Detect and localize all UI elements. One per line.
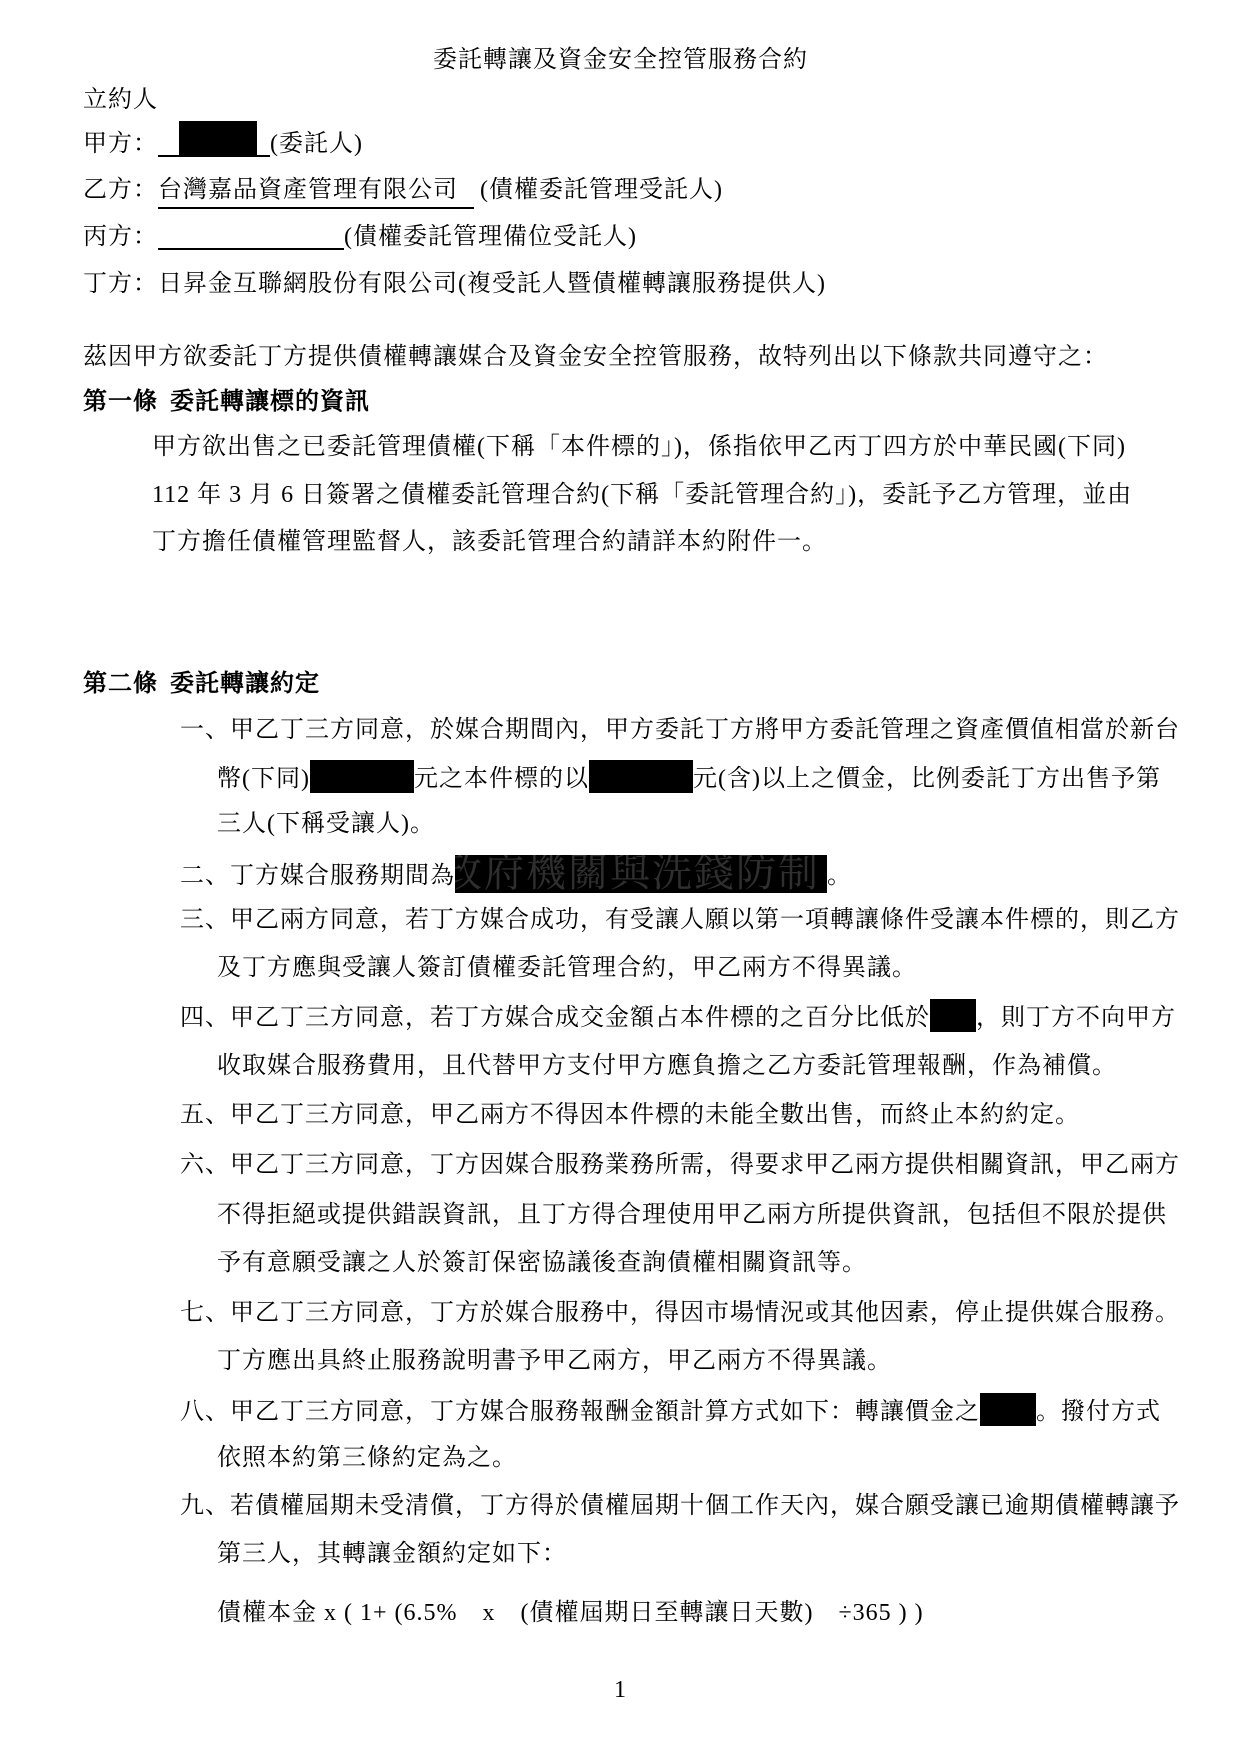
party-a-label: 甲方： [83, 131, 158, 157]
clause8-marker: 八、 [180, 1399, 230, 1425]
clause8-text1a: 甲乙丁三方同意，丁方媒合服務報酬金額計算方式如下：轉讓價金之 [230, 1399, 980, 1425]
clause9-line2: 第三人，其轉讓金額約定如下： [217, 1537, 567, 1571]
redaction-box [589, 760, 693, 793]
clause6-marker: 六、 [180, 1152, 230, 1178]
clause2-text-a: 丁方媒合服務期間為 [230, 863, 455, 889]
party-c-label: 丙方： [83, 224, 158, 250]
clause1-line3: 三人(下稱受讓人)。 [217, 807, 435, 841]
party-c-line: 丙方：(債權委託管理備位受託人) [83, 220, 637, 254]
clause7-marker: 七、 [180, 1300, 230, 1326]
clause3-line1: 三、甲乙兩方同意，若丁方媒合成功，有受讓人願以第一項轉讓條件受讓本件標的，則乙方 [180, 903, 1180, 937]
watermark-redaction-box: 政府機關與洗錢防制 [455, 855, 827, 893]
clause9-formula: 債權本金 x ( 1+ (6.5% x (債權屆期日至轉讓日天數) ÷365 )… [217, 1596, 924, 1630]
clause1-text2c: 元(含)以上之價金，比例委託丁方出售予第 [693, 766, 1161, 792]
clause5-line1: 五、甲乙丁三方同意，甲乙兩方不得因本件標的未能全數出售，而終止本約約定。 [180, 1098, 1080, 1132]
clause5-marker: 五、 [180, 1102, 230, 1128]
party-a-role: (委託人) [270, 131, 363, 157]
clause6-line2: 不得拒絕或提供錯誤資訊，且丁方得合理使用甲乙兩方所提供資訊，包括但不限於提供 [217, 1198, 1167, 1232]
clause4-marker: 四、 [180, 1005, 230, 1031]
clause6-text1: 甲乙丁三方同意，丁方因媒合服務業務所需，得要求甲乙兩方提供相關資訊，甲乙兩方 [230, 1152, 1180, 1178]
page-title: 委託轉讓及資金安全控管服務合約 [0, 43, 1241, 77]
article1-heading: 第一條委託轉讓標的資訊 [83, 385, 370, 419]
clause4-line2: 收取媒合服務費用，且代替甲方支付甲方應負擔之乙方委託管理報酬，作為補償。 [217, 1049, 1117, 1083]
clause9-text1: 若債權屆期未受清償，丁方得於債權屆期十個工作天內，媒合願受讓已逾期債權轉讓予 [230, 1493, 1180, 1519]
clause1-line2: 幣(下同)元之本件標的以元(含)以上之價金，比例委託丁方出售予第 [217, 760, 1161, 796]
clause9-line1: 九、若債權屆期未受清償，丁方得於債權屆期十個工作天內，媒合願受讓已逾期債權轉讓予 [180, 1489, 1180, 1523]
clause1-line1: 一、甲乙丁三方同意，於媒合期間內，甲方委託丁方將甲方委託管理之資產價值相當於新台 [180, 713, 1180, 747]
party-a-line: 甲方：(委託人) [83, 125, 363, 161]
clause3-line2: 及丁方應與受讓人簽訂債權委託管理合約，甲乙兩方不得異議。 [217, 951, 917, 985]
party-b-line: 乙方：台灣嘉品資產管理有限公司(債權委託管理受託人) [83, 173, 723, 209]
article2-heading: 第二條委託轉讓約定 [83, 667, 320, 701]
clause8-line1: 八、甲乙丁三方同意，丁方媒合服務報酬金額計算方式如下：轉讓價金之。撥付方式 [180, 1393, 1161, 1429]
clause2-line1: 二、丁方媒合服務期間為政府機關與洗錢防制。 [180, 855, 852, 893]
clause6-line3: 予有意願受讓之人於簽訂保密協議後查詢債權相關資訊等。 [217, 1246, 867, 1280]
party-d-text: 日昇金互聯網股份有限公司(複受託人暨債權轉讓服務提供人) [158, 271, 826, 297]
clause7-line2: 丁方應出具終止服務說明書予甲乙兩方，甲乙兩方不得異議。 [217, 1344, 892, 1378]
clause8-text1b: 。撥付方式 [1036, 1399, 1161, 1425]
parties-label: 立約人 [83, 83, 158, 117]
party-d-line: 丁方：日昇金互聯網股份有限公司(複受託人暨債權轉讓服務提供人) [83, 267, 826, 301]
clause9-marker: 九、 [180, 1493, 230, 1519]
clause3-text1: 甲乙兩方同意，若丁方媒合成功，有受讓人願以第一項轉讓條件受讓本件標的，則乙方 [230, 907, 1180, 933]
clause7-line1: 七、甲乙丁三方同意，丁方於媒合服務中，得因市場情況或其他因素，停止提供媒合服務。 [180, 1296, 1180, 1330]
clause2-text-b: 。 [827, 863, 852, 889]
clause5-text1: 甲乙丁三方同意，甲乙兩方不得因本件標的未能全數出售，而終止本約約定。 [230, 1102, 1080, 1128]
party-b-role: (債權委託管理受託人) [480, 177, 723, 203]
clause4-text1b: ，則丁方不向甲方 [976, 1005, 1176, 1031]
clause7-text1: 甲乙丁三方同意，丁方於媒合服務中，得因市場情況或其他因素，停止提供媒合服務。 [230, 1300, 1180, 1326]
redaction-box [980, 1393, 1036, 1426]
article2-title: 委託轉讓約定 [170, 671, 320, 697]
clause1-text2a: 幣(下同) [217, 766, 310, 792]
party-b-label: 乙方： [83, 177, 158, 203]
clause6-line1: 六、甲乙丁三方同意，丁方因媒合服務業務所需，得要求甲乙兩方提供相關資訊，甲乙兩方 [180, 1148, 1180, 1182]
party-c-role: (債權委託管理備位受託人) [344, 224, 637, 250]
clause1-text1: 甲乙丁三方同意，於媒合期間內，甲方委託丁方將甲方委託管理之資產價值相當於新台 [230, 717, 1180, 743]
party-a-signature-blank [158, 125, 270, 157]
article1-line3: 丁方擔任債權管理監督人，該委託管理合約請詳本約附件一。 [152, 525, 827, 559]
party-c-signature-blank [158, 220, 344, 250]
redaction-box [179, 121, 257, 155]
article1-line2: 112 年 3 月 6 日簽署之債權委託管理合約(下稱「委託管理合約」)，委託予… [152, 478, 1132, 512]
party-d-label: 丁方： [83, 271, 158, 297]
party-b-name: 台灣嘉品資產管理有限公司 [158, 173, 474, 209]
article1-title: 委託轉讓標的資訊 [170, 389, 370, 415]
watermark-text: 政府機關與洗錢防制 [455, 855, 827, 893]
redaction-box [930, 999, 976, 1032]
clause8-line2: 依照本約第三條約定為之。 [217, 1441, 517, 1475]
article1-line1: 甲方欲出售之已委託管理債權(下稱「本件標的」)，係指依甲乙丙丁四方於中華民國(下… [152, 430, 1126, 464]
clause4-line1: 四、甲乙丁三方同意，若丁方媒合成交金額占本件標的之百分比低於，則丁方不向甲方 [180, 999, 1176, 1035]
article1-number: 第一條 [83, 389, 158, 415]
clause1-text2b: 元之本件標的以 [414, 766, 589, 792]
clause2-marker: 二、 [180, 863, 230, 889]
clause1-marker: 一、 [180, 717, 230, 743]
clause4-text1a: 甲乙丁三方同意，若丁方媒合成交金額占本件標的之百分比低於 [230, 1005, 930, 1031]
page-number: 1 [0, 1673, 1241, 1707]
preamble: 茲因甲方欲委託丁方提供債權轉讓媒合及資金安全控管服務，故特列出以下條款共同遵守之… [83, 340, 1108, 374]
article2-number: 第二條 [83, 671, 158, 697]
clause3-marker: 三、 [180, 907, 230, 933]
contract-page: 委託轉讓及資金安全控管服務合約 立約人 甲方：(委託人) 乙方：台灣嘉品資產管理… [0, 0, 1241, 1755]
redaction-box [310, 760, 414, 793]
